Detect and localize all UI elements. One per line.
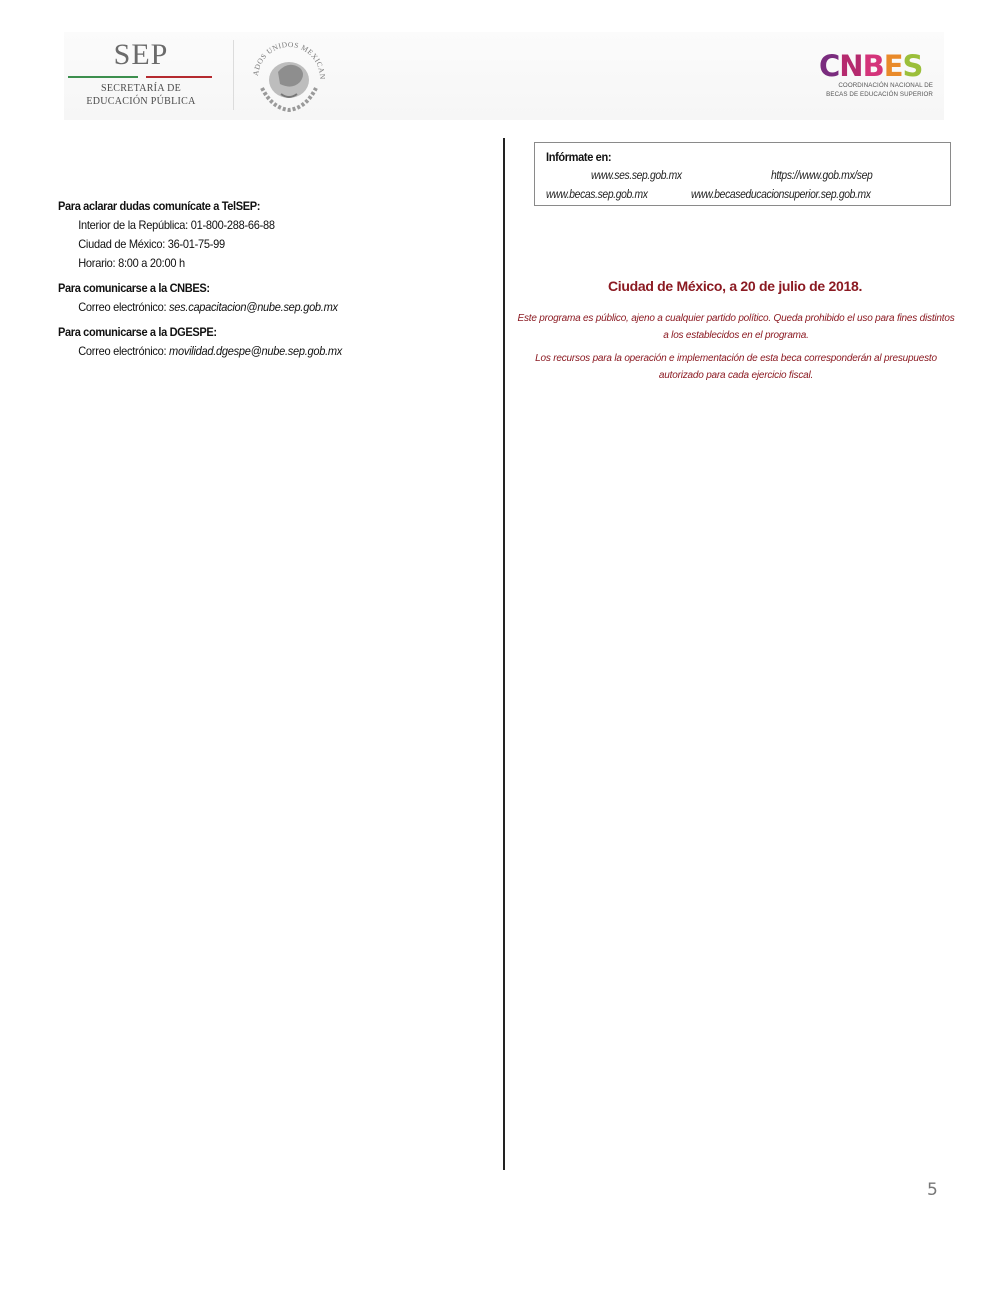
email-link[interactable]: ses.capacitacion@nube.sep.gob.mx xyxy=(169,300,338,314)
phone-number: 36-01-75-99 xyxy=(168,237,225,251)
contact-label: Correo electrónico: xyxy=(78,344,169,358)
contact-label: Interior de la República: xyxy=(78,218,190,232)
cnbes-letter: E xyxy=(884,50,903,82)
website-link[interactable]: www.becaseducacionsuperior.sep.gob.mx xyxy=(691,189,871,201)
sep-logo: SEP SECRETARÍA DE EDUCACIÓN PÚBLICA xyxy=(66,38,216,114)
budget-notice: Los recursos para la operación e impleme… xyxy=(516,350,956,384)
info-box-title: Infórmate en: xyxy=(546,150,611,164)
contact-line: Ciudad de México: 36-01-75-99 xyxy=(58,235,444,254)
legal-notice: Este programa es público, ajeno a cualqu… xyxy=(516,310,956,344)
phone-number: 01-800-288-66-88 xyxy=(191,218,275,232)
info-box: Infórmate en: www.ses.sep.gob.mx https:/… xyxy=(534,142,951,206)
contact-info: Para aclarar dudas comunícate a TelSEP: … xyxy=(58,197,478,367)
sep-acronym: SEP xyxy=(66,38,216,72)
coat-of-arms-icon: ESTADOS UNIDOS MEXICANOS xyxy=(248,38,330,116)
sep-subtitle-line1: SECRETARÍA DE xyxy=(66,83,216,94)
contact-line: Correo electrónico: movilidad.dgespe@nub… xyxy=(58,342,444,361)
contact-label: Ciudad de México: xyxy=(78,237,168,251)
sep-red-bar xyxy=(146,76,212,78)
page-number: 5 xyxy=(927,1180,938,1200)
cnbes-wordmark: CNBES xyxy=(819,50,922,82)
contact-line: Interior de la República: 01-800-288-66-… xyxy=(58,216,444,235)
logo-divider xyxy=(233,40,234,110)
website-link[interactable]: https://www.gob.mx/sep xyxy=(771,170,872,182)
website-link[interactable]: www.ses.sep.gob.mx xyxy=(591,170,682,182)
cnbes-letter: N xyxy=(839,50,862,82)
dgespe-group: Para comunicarse a la DGESPE: Correo ele… xyxy=(58,323,478,361)
website-link[interactable]: www.becas.sep.gob.mx xyxy=(546,189,648,201)
cnbes-letter: S xyxy=(903,50,923,82)
column-divider xyxy=(503,138,505,1170)
cnbes-logo: CNBES COORDINACIÓN NACIONAL DE BECAS DE … xyxy=(815,50,935,102)
contact-label: Correo electrónico: xyxy=(78,300,169,314)
cnbes-letter: C xyxy=(819,50,839,82)
cnbes-subtitle-line2: BECAS DE EDUCACIÓN SUPERIOR xyxy=(815,91,933,98)
group-heading: Para aclarar dudas comunícate a TelSEP: xyxy=(58,197,444,216)
group-heading: Para comunicarse a la DGESPE: xyxy=(58,323,444,342)
sep-subtitle-line2: EDUCACIÓN PÚBLICA xyxy=(66,96,216,107)
date-line: Ciudad de México, a 20 de julio de 2018. xyxy=(510,278,960,294)
cnbes-letter: B xyxy=(863,50,884,82)
cnbes-subtitle-line1: COORDINACIÓN NACIONAL DE xyxy=(815,82,933,89)
group-heading: Para comunicarse a la CNBES: xyxy=(58,279,444,298)
hours-value: 8:00 a 20:00 h xyxy=(118,256,185,270)
email-link[interactable]: movilidad.dgespe@nube.sep.gob.mx xyxy=(169,344,342,358)
cnbes-group: Para comunicarse a la CNBES: Correo elec… xyxy=(58,279,478,317)
sep-green-bar xyxy=(68,76,138,78)
contact-line: Horario: 8:00 a 20:00 h xyxy=(58,254,444,273)
contact-label: Horario: xyxy=(78,256,118,270)
contact-line: Correo electrónico: ses.capacitacion@nub… xyxy=(58,298,444,317)
telsep-group: Para aclarar dudas comunícate a TelSEP: … xyxy=(58,197,478,273)
